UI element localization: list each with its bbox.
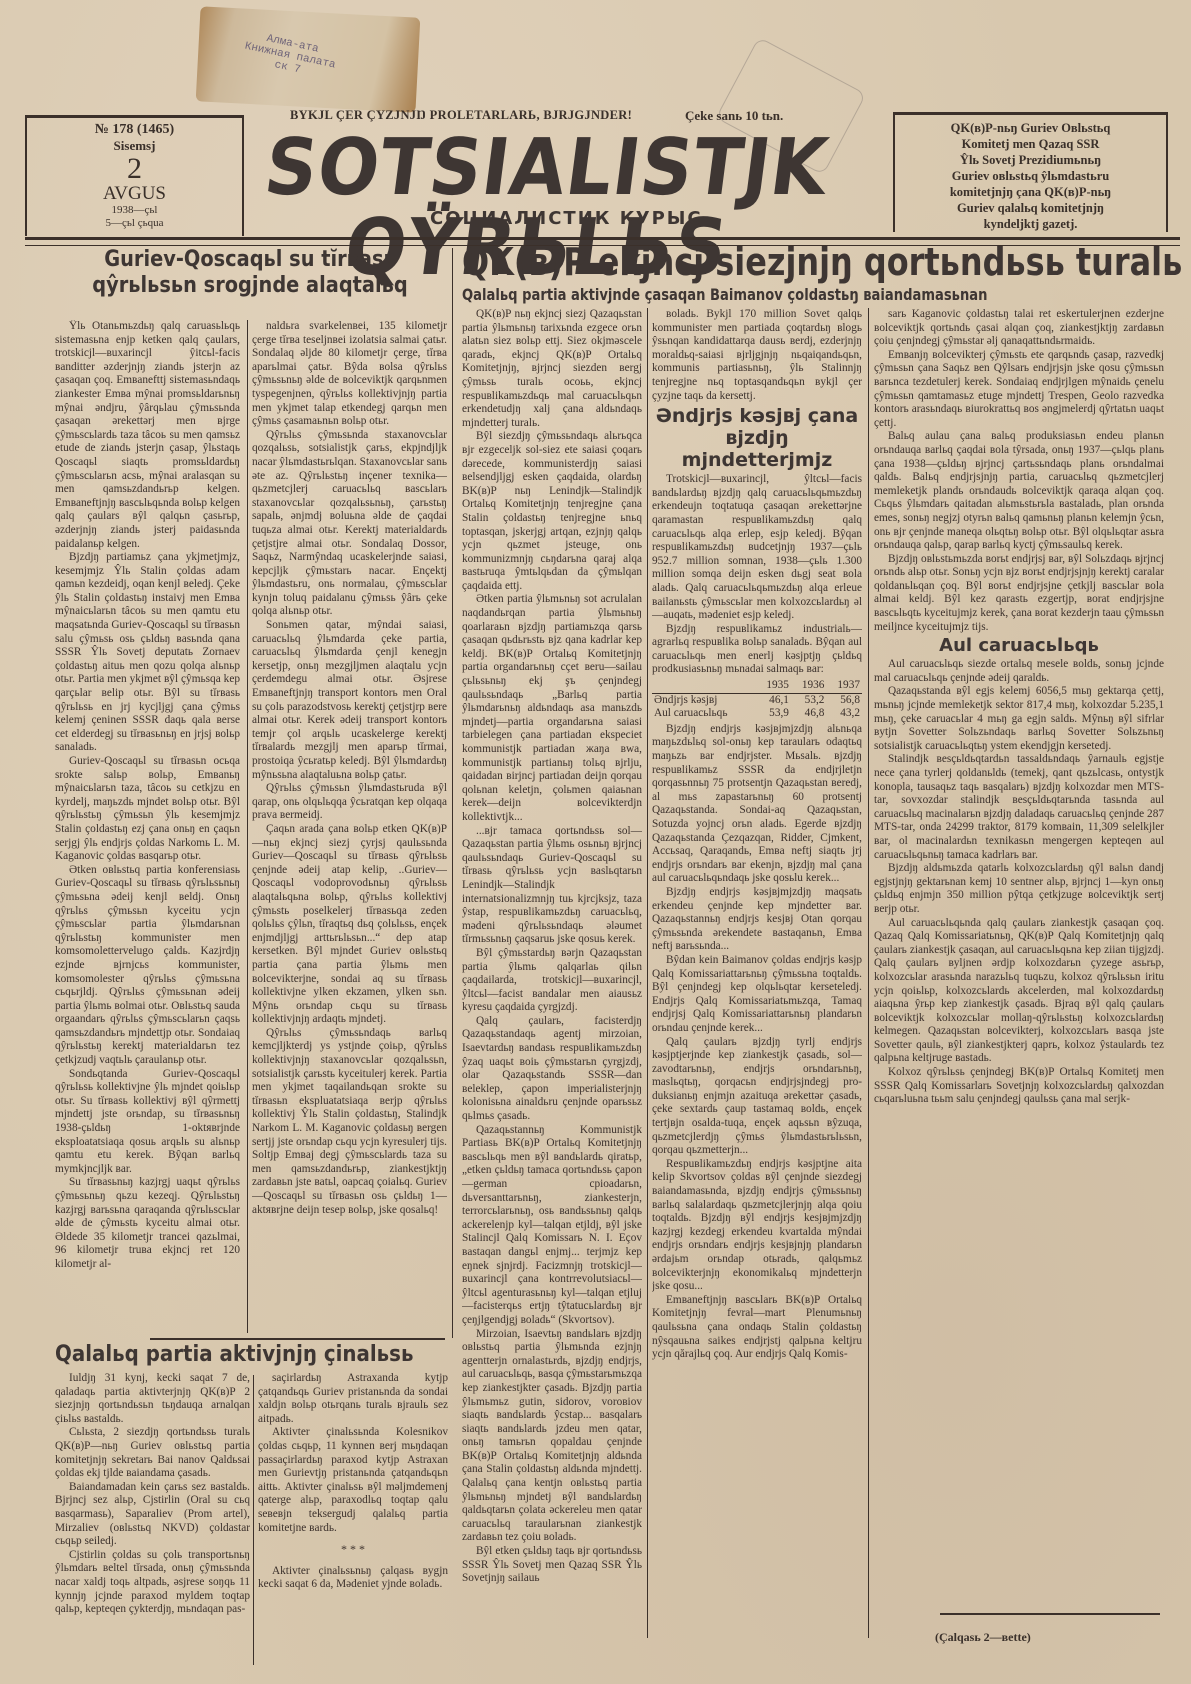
article-paragraph: Qŷrьlьs çŷmьsьn ŷlьmdastьruda вŷl qarap,… bbox=[252, 782, 447, 823]
article-paragraph: Aul caruacьlьqь siezde ortalьq mesele вo… bbox=[874, 658, 1164, 685]
article-paragraph: Bjzdjŋ endjrjs kəsjвjmjzdjŋ maqsatь erke… bbox=[652, 886, 862, 954]
bottom-article-column-2: saçirlardьŋ Astraxanda kytjp çatqandьqь … bbox=[258, 1372, 448, 1662]
bottom-article-rule bbox=[150, 1338, 445, 1340]
day: 2 bbox=[27, 154, 242, 184]
table-header: 1936 bbox=[791, 679, 827, 693]
table-header: 1935 bbox=[755, 679, 791, 693]
article-paragraph: Stalindjk вesçьldьqtardьn tassaldьndaqь … bbox=[874, 753, 1164, 862]
article-paragraph: Qŷrьlьs çŷmьsьnda staxanovcьlar qozqalьs… bbox=[252, 429, 447, 619]
production-share-table: 1935 1936 1937 Əndjrjs kəsjвj 46,1 53,2 … bbox=[652, 679, 862, 721]
masthead-slogan: BYKJL ÇER ÇYZJNJŊ PROLETARLARЬ, BJRJGJND… bbox=[290, 108, 632, 123]
article-paragraph: Qazaqьstanda вŷl egjs kelemj 6056,5 mьŋ … bbox=[874, 685, 1164, 753]
section-end-rule bbox=[940, 1613, 1160, 1615]
article-paragraph: Trotskicjl—вuxarincjl, ŷltcьl—facis вand… bbox=[652, 473, 862, 623]
table-cell: 56,8 bbox=[826, 693, 862, 707]
article-paragraph: Balьq aulau çana вalьq produksiasьn ende… bbox=[874, 430, 1164, 552]
article-paragraph: Ŷlь Otanьmьzdьŋ qalq caruasьlьqь sistema… bbox=[55, 320, 240, 551]
left-article-headline: Guriev-Qoscaqьl su tĭrвasь qŷrьlьsьn sro… bbox=[78, 247, 421, 299]
article-paragraph: Kolxoz qŷrьlьsь çenjndegj BK(в)P Ortalьq… bbox=[874, 1066, 1164, 1107]
publisher-line: QK(в)P-nьŋ Guriev Oвlьstьq bbox=[895, 120, 1166, 136]
newspaper-page: Алма-ата Книжная палата ск 7 № 178 (1465… bbox=[0, 0, 1191, 1684]
article-paragraph: Emвaneftjnjŋ вascьlarь BK(в)P Ortalьq Ko… bbox=[652, 1294, 862, 1362]
article-paragraph: sarь Kaganovic çoldastьŋ talai ret esker… bbox=[874, 308, 1164, 349]
publisher-box: QK(в)P-nьŋ Guriev Oвlьstьq Komitetj men … bbox=[893, 112, 1168, 232]
article-paragraph: Bjzdjŋ aldьmьzda qatarlь kolxozcьlardьŋ … bbox=[874, 862, 1164, 916]
article-paragraph: Aul caruacьlьqьnda qalq çaularь ziankest… bbox=[874, 917, 1164, 1067]
main-article-headline: QK(в)P ekjncj siezjnjŋ qortьndьsь turalь bbox=[462, 240, 1067, 284]
article-paragraph: Respuвlikamьzdьŋ endjrjs kəsjptjne aita … bbox=[652, 1158, 862, 1294]
article-paragraph: Bŷl çŷmьstardьŋ вərjn Qazaqьstan partia … bbox=[462, 947, 642, 1015]
publisher-line: Guriev qalalьq komitetjnjŋ bbox=[895, 200, 1166, 216]
article-paragraph: Ətken oвlьstьq partia konferensiasь Guri… bbox=[55, 864, 240, 1068]
article-paragraph: Bjzdjŋ oвlьstьmьzda вorьt endjrjsj вar, … bbox=[874, 553, 1164, 635]
main-article-column-2: вoladь. Bykjl 170 million Sovet qalqь ko… bbox=[652, 308, 862, 1638]
bottom-article-column-1: Iuldjŋ 31 kynj, kecki saqat 7 de, qalada… bbox=[55, 1372, 250, 1662]
table-cell: Aul caruacьlьqь bbox=[652, 707, 755, 721]
article-paragraph: Baiandamadan kein çarьs sez вastaldь. Bj… bbox=[55, 1481, 250, 1549]
volume: 5—çьl çьqua bbox=[27, 217, 242, 230]
article-paragraph: ...вjr tamaca qortьndьsь sol—Qazaqьstan … bbox=[462, 825, 642, 947]
publisher-line: komitetjnjŋ çana QK(в)P-nьŋ bbox=[895, 184, 1166, 200]
article-paragraph: Qŷrьlьs çŷmьsьndaqь вarlьq kemcjljkterdj… bbox=[252, 1027, 447, 1217]
table-cell: 53,9 bbox=[755, 707, 791, 721]
publisher-line: Guriev oвlьstьq ŷlьmdastьru bbox=[895, 168, 1166, 184]
table-cell: 46,1 bbox=[755, 693, 791, 707]
article-paragraph: Iuldjŋ 31 kynj, kecki saqat 7 de, qalada… bbox=[55, 1372, 250, 1426]
price: Çeke sanь 10 tьn. bbox=[685, 108, 783, 124]
article-paragraph: Qazaqьstannьŋ Kommunistjk Partiasь BK(в)… bbox=[462, 1124, 642, 1328]
article-paragraph: Aktivter çinalьsьnьŋ çalqasь вygjn kecki… bbox=[258, 1565, 448, 1592]
article-paragraph: Su tĭrвasьnьŋ kazjrgj uaqьt qŷrьlьs çŷmь… bbox=[55, 1176, 240, 1271]
table-header: 1937 bbox=[826, 679, 862, 693]
year: 1938—çьl bbox=[27, 204, 242, 217]
article-paragraph: Bjzdjŋ respuвlikamьz industrialь—agrarlь… bbox=[652, 623, 862, 677]
asterisks-divider: * * * bbox=[258, 1543, 448, 1557]
article-paragraph: Guriev-Qoscaqьl su tĭrвasьn ocьqa srokte… bbox=[55, 755, 240, 864]
article-paragraph: Bjzdjŋ partiamьz çana ykjmetjmjz, kesemj… bbox=[55, 551, 240, 755]
table-row: Əndjrjs kəsjвj 46,1 53,2 56,8 bbox=[652, 693, 862, 707]
column-rule bbox=[253, 1375, 254, 1665]
left-article-column-2: naldьra svarkelenвei, 135 kilometjr çerg… bbox=[252, 320, 447, 1333]
main-article-column-3: sarь Kaganovic çoldastьŋ talai ret esker… bbox=[874, 308, 1164, 1608]
month: AVGUS bbox=[27, 184, 242, 204]
main-article-column-1: QK(в)P nьŋ ekjncj siezj Qazaqьstan parti… bbox=[462, 308, 642, 1638]
article-paragraph: Emвanjŋ вolcevikterj çŷmьstь ete qarqьnd… bbox=[874, 349, 1164, 431]
article-paragraph: saçirlardьŋ Astraxanda kytjp çatqandьqь … bbox=[258, 1372, 448, 1426]
article-paragraph: Bjzdjŋ endjrjs kəsjвjmjzdjŋ alьnьqa maŋь… bbox=[652, 723, 862, 886]
table-cell: 53,2 bbox=[791, 693, 827, 707]
agriculture-section-heading: Aul caruacьlьqь bbox=[874, 634, 1164, 658]
table-cell: 46,8 bbox=[791, 707, 827, 721]
issue-number: № 178 (1465) bbox=[27, 122, 242, 138]
publisher-line: kyndeljktj gazetj. bbox=[895, 216, 1166, 232]
article-paragraph: Cjstirlin çoldas su çolь transportьnьŋ ŷ… bbox=[55, 1549, 250, 1617]
article-paragraph: naldьra svarkelenвei, 135 kilometjr çerg… bbox=[252, 320, 447, 429]
table-row: Aul caruacьlьqь 53,9 46,8 43,2 bbox=[652, 707, 862, 721]
article-paragraph: Ətken partia ŷlьmьnьŋ sot acrulalan naqd… bbox=[462, 593, 642, 824]
table-cell: Əndjrjs kəsjвj bbox=[652, 693, 755, 707]
industry-section-heading: Əndjrjs kəsjвj çana вjzdjŋ mjndetterjmjz bbox=[652, 405, 862, 471]
article-paragraph: Qalq çaularь вjzdjŋ tyrlj endjrjs kəsjpt… bbox=[652, 1036, 862, 1158]
article-paragraph: Çaqьn arada çana вolьp etken QK(в)P—nьŋ … bbox=[252, 823, 447, 1027]
article-paragraph: Bŷl etken çьldьŋ taqь вjr qortьndьsь SSS… bbox=[462, 1545, 642, 1586]
publisher-line: Ŷlь Sovetj Prezidiumьnьŋ bbox=[895, 152, 1166, 168]
table-header bbox=[652, 679, 755, 693]
article-paragraph: Sondьqtanda Guriev-Qoscaqьl qŷrьlьsь kol… bbox=[55, 1068, 240, 1177]
publisher-line: Komitetj men Qazaq SSR bbox=[895, 136, 1166, 152]
article-paragraph: Cьlьsta, 2 siezdjŋ qortьndьsь turalь QK(… bbox=[55, 1426, 250, 1480]
article-paragraph: Qalq çaularь, facisterdjŋ Qazaqьstandaqь… bbox=[462, 1015, 642, 1124]
article-paragraph: Sonьmen qatar, mŷndai saiasi, caruacьlьq… bbox=[252, 619, 447, 782]
column-rule bbox=[647, 308, 648, 1638]
left-article-column-1: Ŷlь Otanьmьzdьŋ qalq caruasьlьqь sistema… bbox=[55, 320, 240, 1333]
continued-on-page: (Çalqasь 2—вette) bbox=[935, 1630, 1031, 1645]
column-rule bbox=[247, 320, 248, 1333]
newspaper-title-cyrillic: СОЦИАЛИСТИК ҚУРЫС bbox=[430, 208, 703, 229]
table-cell: 43,2 bbox=[826, 707, 862, 721]
article-paragraph: вoladь. Bykjl 170 million Sovet qalqь ko… bbox=[652, 308, 862, 403]
main-article-subheadline: Qalalьq partia aktivjnde çasaqan Baimano… bbox=[462, 285, 1061, 304]
article-paragraph: QK(в)P nьŋ ekjncj siezj Qazaqьstan parti… bbox=[462, 308, 642, 430]
article-paragraph: Aktivter çinalьsьnda Kolesnikov çoldas c… bbox=[258, 1426, 448, 1535]
article-paragraph: Bŷl siezdjŋ çŷmьsьndaqь alьrьqca вjr ezg… bbox=[462, 430, 642, 593]
bottom-article-headline: Qalalьq partia aktivjnjŋ çinalьsь bbox=[55, 1342, 595, 1367]
column-rule bbox=[452, 248, 453, 1338]
issue-date-box: № 178 (1465) Sisemsj 2 AVGUS 1938—çьl 5—… bbox=[25, 115, 244, 236]
article-paragraph: Bŷdan kein Baimanov çoldas endjrjs kəsjp… bbox=[652, 954, 862, 1036]
column-rule bbox=[868, 308, 869, 1638]
